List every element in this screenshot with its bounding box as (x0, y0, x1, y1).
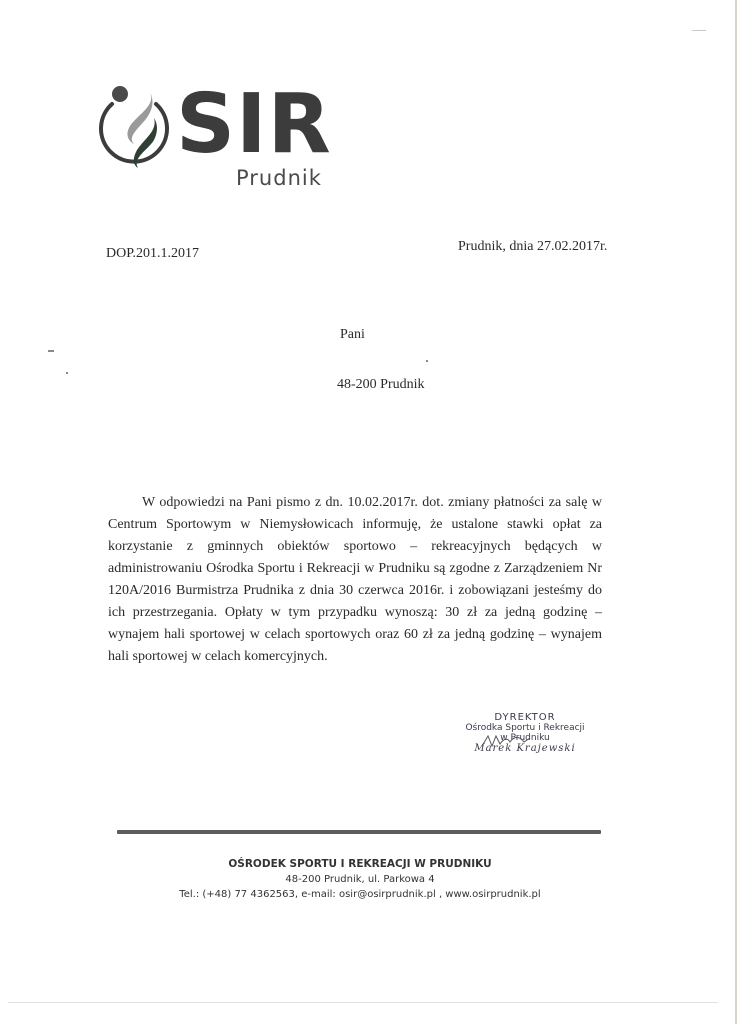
place-date: Prudnik, dnia 27.02.2017r. (458, 239, 607, 255)
scan-speck (66, 372, 68, 374)
logo-subtext: Prudnik (236, 166, 322, 190)
scan-mark (692, 30, 706, 31)
scan-bottom-line (8, 1002, 718, 1003)
signature-block: DYREKTOR Ośrodka Sportu i Rekreacji w Pr… (450, 712, 600, 755)
footer-contact: Tel.: (+48) 77 4362563, e-mail: osir@osi… (110, 887, 610, 903)
logo-text: SIR (176, 84, 332, 166)
footer-divider (117, 830, 601, 834)
footer: OŚRODEK SPORTU I REKREACJI W PRUDNIKU 48… (110, 857, 610, 903)
reference-number: DOP.201.1.2017 (106, 246, 199, 262)
osir-logo: SIR Prudnik (98, 80, 338, 200)
scan-speck (48, 350, 54, 352)
addressee-salutation: Pani (340, 327, 365, 343)
footer-organization: OŚRODEK SPORTU I REKREACJI W PRUDNIKU (110, 857, 610, 872)
footer-address: 48-200 Prudnik, ul. Parkowa 4 (110, 872, 610, 887)
signature-title: DYREKTOR (450, 712, 600, 723)
addressee-postal-city: 48-200 Prudnik (337, 377, 425, 393)
letter-body: W odpowiedzi na Pani pismo z dn. 10.02.2… (108, 492, 602, 668)
scan-speck (426, 360, 428, 362)
handwritten-signature-icon (480, 730, 540, 752)
osir-figure-icon (98, 80, 170, 182)
